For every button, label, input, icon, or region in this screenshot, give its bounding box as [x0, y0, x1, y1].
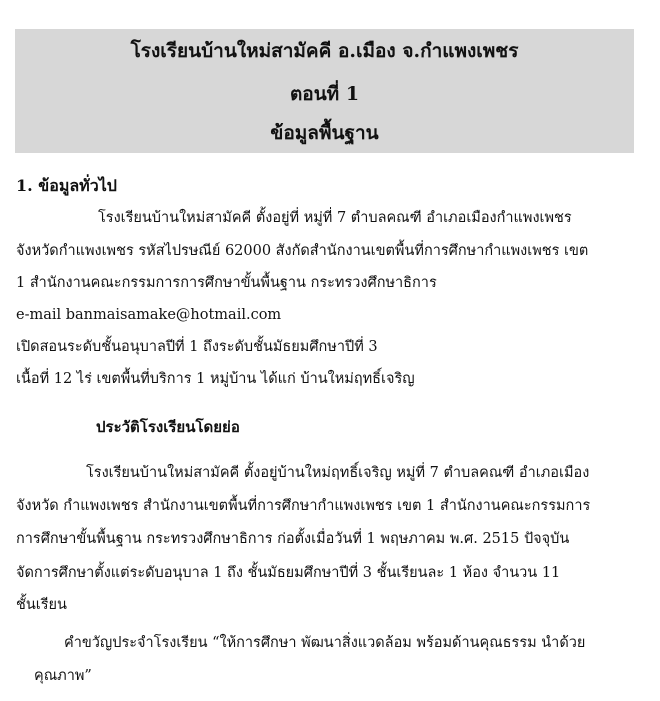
- history-line-2: จังหวัด กำแพงเพชร สำนักงานเขตพื้นที่การศ…: [16, 496, 590, 516]
- general-info-heading: 1. ข้อมูลทั่วไป: [16, 176, 117, 196]
- grade-levels-line: เปิดสอนระดับชั้นอนุบาลปีที่ 1 ถึงระดับชั…: [16, 337, 378, 357]
- general-info-line-2: จังหวัดกำแพงเพชร รหัสไปรษณีย์ 62000 สังก…: [16, 241, 588, 261]
- document-header: โรงเรียนบ้านใหม่สามัคคี อ.เมือง จ.กำแพงเ…: [15, 29, 634, 153]
- history-heading: ประวัติโรงเรียนโดยย่อ: [96, 417, 240, 437]
- history-line-5: ชั้นเรียน: [16, 595, 67, 615]
- general-info-line-1: โรงเรียนบ้านใหม่สามัคคี ตั้งอยู่ที่ หมู่…: [98, 208, 572, 228]
- motto-line-1: คำขวัญประจำโรงเรียน “ให้การศึกษา พัฒนาสิ…: [64, 633, 585, 653]
- part-label: ตอนที่ 1: [15, 82, 634, 106]
- email-line: e-mail banmaisamake@hotmail.com: [16, 305, 281, 325]
- general-info-line-3: 1 สำนักงานคณะกรรมการการศึกษาขั้นพื้นฐาน …: [16, 273, 437, 293]
- history-line-3: การศึกษาขั้นพื้นฐาน กระทรวงศึกษาธิการ ก่…: [16, 529, 569, 549]
- motto-line-2: คุณภาพ”: [34, 666, 92, 686]
- history-line-1: โรงเรียนบ้านใหม่สามัคคี ตั้งอยู่บ้านใหม่…: [86, 463, 589, 483]
- history-line-4: จัดการศึกษาตั้งแต่ระดับอนุบาล 1 ถึง ชั้น…: [16, 563, 560, 583]
- section-subtitle: ข้อมูลพื้นฐาน: [15, 121, 634, 145]
- area-line: เนื้อที่ 12 ไร่ เขตพื้นที่บริการ 1 หมู่บ…: [16, 369, 415, 389]
- school-title: โรงเรียนบ้านใหม่สามัคคี อ.เมือง จ.กำแพงเ…: [15, 39, 634, 63]
